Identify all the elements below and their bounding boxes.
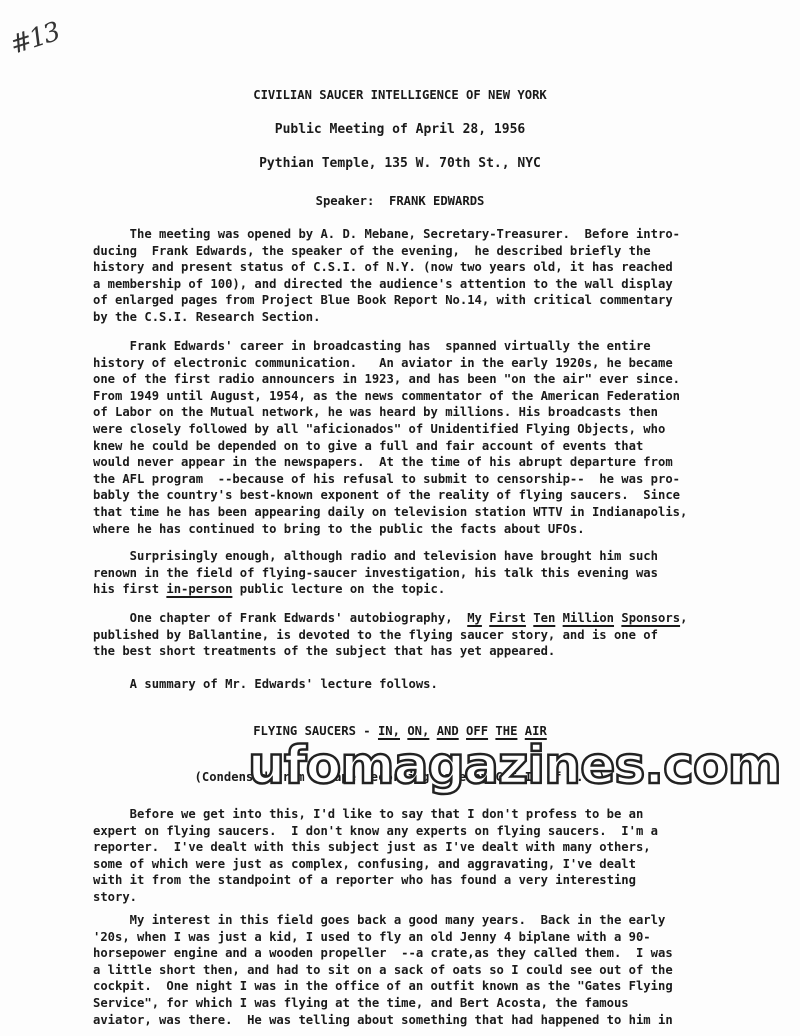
lecture-paragraph-1: Before we get into this, I'd like to say… — [93, 806, 733, 906]
intro-paragraph-3: Surprisingly enough, although radio and … — [93, 548, 733, 598]
text-line: expert on flying saucers. I don't know a… — [93, 823, 733, 840]
book-title-word: Ten — [533, 611, 555, 625]
intro-paragraph-2: Frank Edwards' career in broadcasting ha… — [93, 338, 733, 537]
text-line: Before we get into this, I'd like to say… — [93, 806, 733, 823]
text-line: A summary of Mr. Edwards' lecture follow… — [93, 676, 733, 693]
book-title-word: My — [467, 611, 482, 625]
text-line: cockpit. One night I was in the office o… — [93, 978, 733, 995]
book-title-word: Million — [563, 611, 614, 625]
text-line: renown in the field of flying-saucer inv… — [93, 565, 733, 582]
text-line: history of electronic communication. An … — [93, 355, 733, 372]
text-line: The meeting was opened by A. D. Mebane, … — [93, 226, 733, 243]
text-line: bably the country's best-known exponent … — [93, 487, 733, 504]
book-title-word: Sponsors — [621, 611, 680, 625]
intro-paragraph-1: The meeting was opened by A. D. Mebane, … — [93, 226, 733, 326]
text-line: ducing Frank Edwards, the speaker of the… — [93, 243, 733, 260]
text-line: were closely followed by all "aficionado… — [93, 421, 733, 438]
watermark-text: ufomagazines.com — [248, 736, 781, 796]
text-line: history and present status of C.S.I. of … — [93, 259, 733, 276]
text-line: of Labor on the Mutual network, he was h… — [93, 404, 733, 421]
text-line: Service", for which I was flying at the … — [93, 995, 733, 1012]
org-heading: CIVILIAN SAUCER INTELLIGENCE OF NEW YORK — [0, 88, 800, 102]
text-line: One chapter of Frank Edwards' autobiogra… — [93, 610, 733, 627]
text-fragment: his first — [93, 582, 166, 596]
text-line: would never appear in the newspapers. At… — [93, 454, 733, 471]
meeting-date: Public Meeting of April 28, 1956 — [0, 122, 800, 137]
text-line: of enlarged pages from Project Blue Book… — [93, 292, 733, 309]
text-line: his first in-person public lecture on th… — [93, 581, 733, 598]
text-line: where he has continued to bring to the p… — [93, 521, 733, 538]
text-line: a little short then, and had to sit on a… — [93, 962, 733, 979]
underlined-emphasis: in-person — [166, 582, 232, 596]
text-line: by the C.S.I. Research Section. — [93, 309, 733, 326]
handwritten-page-number: #13 — [7, 17, 63, 61]
text-line: some of which were just as complex, conf… — [93, 856, 733, 873]
text-line: with it from the standpoint of a reporte… — [93, 872, 733, 889]
text-line: reporter. I've dealt with this subject j… — [93, 839, 733, 856]
speaker-line: Speaker: FRANK EDWARDS — [0, 194, 800, 208]
text-line: horsepower engine and a wooden propeller… — [93, 945, 733, 962]
text-line: that time he has been appearing daily on… — [93, 504, 733, 521]
intro-paragraph-5: A summary of Mr. Edwards' lecture follow… — [93, 676, 733, 693]
text-line: one of the first radio announcers in 192… — [93, 371, 733, 388]
text-line: story. — [93, 889, 733, 906]
text-line: From 1949 until August, 1954, as the new… — [93, 388, 733, 405]
text-line: the best short treatments of the subject… — [93, 643, 733, 660]
text-line: Surprisingly enough, although radio and … — [93, 548, 733, 565]
text-fragment: public lecture on the topic. — [232, 582, 445, 596]
intro-paragraph-4: One chapter of Frank Edwards' autobiogra… — [93, 610, 733, 660]
text-line: published by Ballantine, is devoted to t… — [93, 627, 733, 644]
text-line: the AFL program --because of his refusal… — [93, 471, 733, 488]
text-line: '20s, when I was just a kid, I used to f… — [93, 929, 733, 946]
text-line: My interest in this field goes back a go… — [93, 912, 733, 929]
text-line: a membership of 100), and directed the a… — [93, 276, 733, 293]
text-line: knew he could be depended on to give a f… — [93, 438, 733, 455]
meeting-venue: Pythian Temple, 135 W. 70th St., NYC — [0, 156, 800, 171]
text-fragment: , — [680, 611, 687, 625]
book-title-word: First — [489, 611, 526, 625]
text-line: Frank Edwards' career in broadcasting ha… — [93, 338, 733, 355]
lecture-paragraph-2: My interest in this field goes back a go… — [93, 912, 733, 1028]
text-line: aviator, was there. He was telling about… — [93, 1012, 733, 1029]
document-page: #13 CIVILIAN SAUCER INTELLIGENCE OF NEW … — [0, 0, 800, 1036]
text-fragment: One chapter of Frank Edwards' autobiogra… — [93, 611, 467, 625]
